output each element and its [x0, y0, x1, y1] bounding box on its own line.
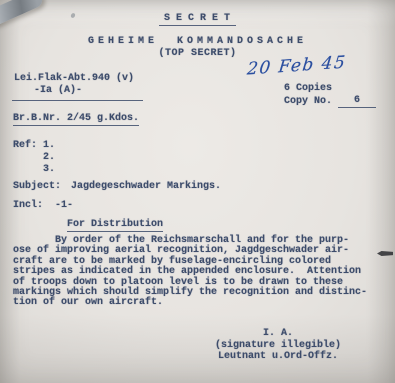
ref-block: Ref: 1. 2. 3.	[13, 140, 55, 176]
ref-item: 3.	[43, 164, 55, 176]
copies-block: 6 Copies Copy No. 6	[284, 83, 376, 108]
unit-underline	[12, 100, 143, 101]
incl-label: Incl:	[13, 200, 43, 211]
signature-ia: I. A.	[178, 328, 378, 340]
unit-designation-block: Lei.Flak-Abt.940 (v) -Ia (A)-	[14, 73, 134, 97]
distribution-heading: For Distribution	[67, 219, 163, 230]
ref-item: 2.	[43, 152, 55, 164]
body-line: tion of our own aircraft.	[13, 298, 388, 308]
subject-label: Subject:	[13, 181, 61, 192]
signature-block: I. A. (signature illegible) Leutnant u.O…	[178, 328, 378, 363]
classification-secret: SECRET	[0, 13, 395, 26]
body-paragraph: By order of the Reichsmarschall and for …	[13, 236, 388, 309]
document-page: SECRET GEHEIME KOMMANDOSACHE (TOP SECRET…	[0, 0, 395, 383]
subject-value: Jagdegeschwader Markings.	[71, 181, 221, 192]
unit-designation: Lei.Flak-Abt.940 (v)	[14, 73, 134, 85]
incl-line: Incl: -1-	[13, 200, 73, 211]
unit-section: -Ia (A)-	[34, 85, 134, 97]
ref-label: Ref:	[13, 140, 43, 176]
signature-note: (signature illegible)	[178, 340, 378, 352]
ref-item: 1.	[43, 140, 55, 152]
subject-line: Subject: Jagdegeschwader Markings.	[13, 181, 221, 192]
classification-secret-text: SECRET	[159, 13, 236, 26]
copies-count: 6 Copies	[284, 83, 376, 95]
reference-number: Br.B.Nr. 2/45 g.Kdos.	[13, 113, 139, 124]
classification-geheime: GEHEIME KOMMANDOSACHE	[0, 36, 395, 47]
incl-value: -1-	[55, 200, 73, 211]
signature-rank: Leutnant u.Ord-Offz.	[178, 351, 378, 363]
copy-no-label: Copy No.	[284, 96, 332, 108]
copy-no-value: 6	[338, 95, 376, 108]
